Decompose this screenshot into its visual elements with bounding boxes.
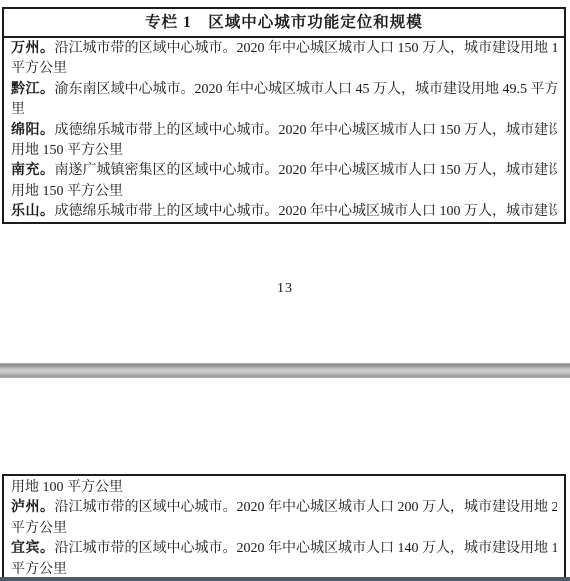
line-text: 南遂广城镇密集区的区域中心城市。2020 年中心城区城市人口 150 万人，城市…: [55, 163, 558, 178]
city-name-bold: 泸州。: [11, 500, 55, 515]
text-line-luzhou: 泸州。沿江城市带的区域中心城市。2020 年中心城区城市人口 200 万人，城市…: [11, 498, 557, 518]
text-line-qianjiang-cont: 里: [11, 100, 557, 120]
city-name-bold: 黔江。: [11, 82, 55, 97]
callout-box-continuation: 用地 100 平方公里 泸州。沿江城市带的区域中心城市。2020 年中心城区城市…: [2, 474, 566, 581]
callout-box-title: 专栏 1 区域中心城市功能定位和规模: [4, 9, 564, 38]
text-line-leshan-cont: 用地 100 平方公里: [11, 478, 557, 498]
text-line-wanzhou-cont: 平方公里: [11, 59, 557, 79]
pdf-page-14: 用地 100 平方公里 泸州。沿江城市带的区域中心城市。2020 年中心城区城市…: [0, 378, 570, 581]
text-line-mianyang-cont: 用地 150 平方公里: [11, 141, 557, 161]
callout-box-body: 万州。沿江城市带的区域中心城市。2020 年中心城区城市人口 150 万人，城市…: [4, 38, 564, 223]
text-line-nanchong: 南充。南遂广城镇密集区的区域中心城市。2020 年中心城区城市人口 150 万人…: [11, 161, 557, 181]
city-name-bold: 宜宾。: [11, 541, 55, 556]
line-text: 成德绵乐城市带上的区域中心城市。2020 年中心城区城市人口 150 万人，城市…: [55, 123, 558, 138]
line-text: 用地 100 平方公里: [11, 480, 123, 495]
line-text: 平方公里: [11, 521, 67, 536]
text-line-nanchong-cont: 用地 150 平方公里: [11, 182, 557, 202]
bottom-edge-line: [0, 577, 570, 581]
line-text: 沿江城市带的区域中心城市。2020 年中心城区城市人口 200 万人，城市建设用…: [55, 500, 558, 515]
line-text: 平方公里: [11, 562, 67, 577]
line-text: 成德绵乐城市带上的区域中心城市。2020 年中心城区城市人口 100 万人，城市…: [55, 204, 558, 219]
text-line-leshan: 乐山。成德绵乐城市带上的区域中心城市。2020 年中心城区城市人口 100 万人…: [11, 202, 557, 222]
city-name-bold: 万州。: [11, 41, 55, 56]
city-name-bold: 乐山。: [11, 204, 55, 219]
page-number: 13: [0, 281, 570, 297]
pdf-page-13: 专栏 1 区域中心城市功能定位和规模 万州。沿江城市带的区域中心城市。2020 …: [0, 0, 570, 363]
line-text: 里: [11, 102, 25, 117]
line-text: 用地 150 平方公里: [11, 143, 123, 158]
text-line-mianyang: 绵阳。成德绵乐城市带上的区域中心城市。2020 年中心城区城市人口 150 万人…: [11, 121, 557, 141]
text-line-yibin: 宜宾。沿江城市带的区域中心城市。2020 年中心城区城市人口 140 万人，城市…: [11, 539, 557, 559]
callout-box-region-centers: 专栏 1 区域中心城市功能定位和规模 万州。沿江城市带的区域中心城市。2020 …: [2, 7, 566, 224]
line-text: 平方公里: [11, 61, 67, 76]
city-name-bold: 南充。: [11, 163, 55, 178]
text-line-wanzhou: 万州。沿江城市带的区域中心城市。2020 年中心城区城市人口 150 万人，城市…: [11, 39, 557, 59]
text-line-qianjiang: 黔江。渝东南区域中心城市。2020 年中心城区城市人口 45 万人，城市建设用地…: [11, 80, 557, 100]
line-text: 用地 150 平方公里: [11, 184, 123, 199]
page-break-divider: [0, 363, 570, 378]
line-text: 沿江城市带的区域中心城市。2020 年中心城区城市人口 150 万人，城市建设用…: [55, 41, 558, 56]
text-line-luzhou-cont: 平方公里: [11, 519, 557, 539]
line-text: 渝东南区域中心城市。2020 年中心城区城市人口 45 万人，城市建设用地 49…: [55, 82, 558, 97]
callout-box-body: 用地 100 平方公里 泸州。沿江城市带的区域中心城市。2020 年中心城区城市…: [4, 476, 564, 580]
line-text: 沿江城市带的区域中心城市。2020 年中心城区城市人口 140 万人，城市建设用…: [55, 541, 558, 556]
document-viewer: 专栏 1 区域中心城市功能定位和规模 万州。沿江城市带的区域中心城市。2020 …: [0, 0, 570, 581]
city-name-bold: 绵阳。: [11, 123, 55, 138]
